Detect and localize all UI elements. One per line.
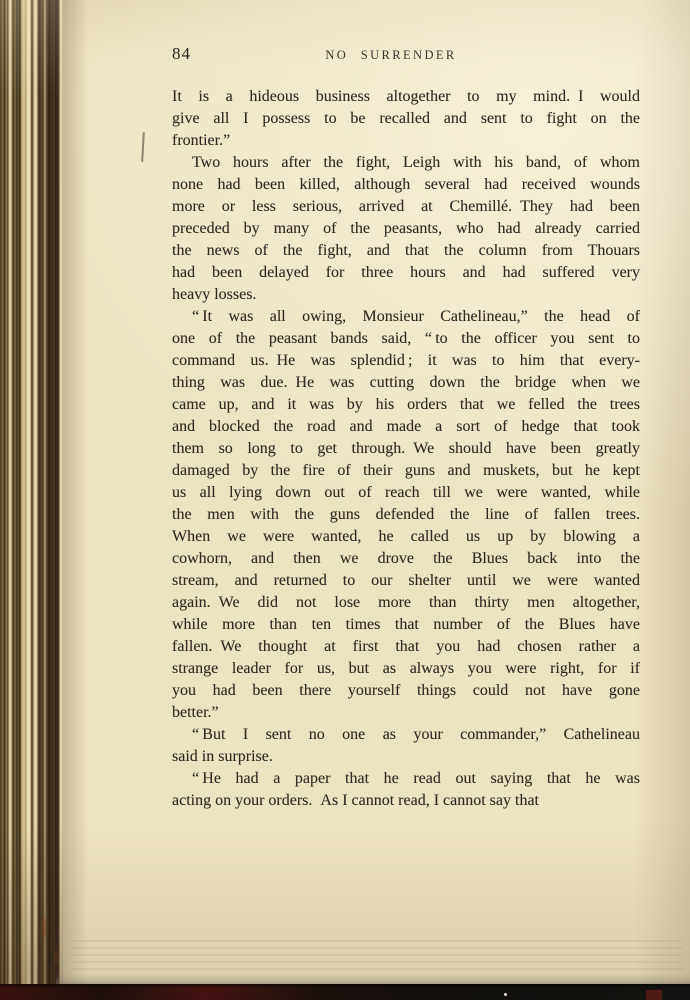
paragraph: It is a hideous business altogether to m…: [172, 86, 640, 152]
book-scan: 84 NO SURRENDER It is a hideous business…: [0, 0, 690, 1000]
gutter-shadow: [62, 0, 88, 986]
text-line: them so long to get through. We should h…: [172, 438, 640, 460]
book-cover-edge: [0, 984, 690, 1000]
text-line: none had been killed, although several h…: [172, 174, 640, 196]
text-line: damaged by the fire of their guns and mu…: [172, 460, 640, 482]
text-line: the news of the fight, and that the colu…: [172, 240, 640, 262]
page-content: 84 NO SURRENDER It is a hideous business…: [172, 44, 640, 812]
page-header: 84 NO SURRENDER: [172, 44, 640, 66]
paragraph: “ He had a paper that he read out saying…: [172, 768, 640, 812]
stacked-page-edges: [0, 0, 63, 986]
text-line: again. We did not lose more than thirty …: [172, 592, 640, 614]
text-line: It is a hideous business altogether to m…: [172, 86, 640, 108]
text-line: us all lying down out of reach till we w…: [172, 482, 640, 504]
text-line: “ But I sent no one as your commander,” …: [172, 724, 640, 746]
text-line: had been delayed for three hours and had…: [172, 262, 640, 284]
text-line: you had been there yourself things could…: [172, 680, 640, 702]
text-line: came up, and it was by his orders that w…: [172, 394, 640, 416]
text-line: fallen. We thought at first that you had…: [172, 636, 640, 658]
text-line: and blocked the road and made a sort of …: [172, 416, 640, 438]
text-line: “ He had a paper that he read out saying…: [172, 768, 640, 790]
paragraph: Two hours after the fight, Leigh with hi…: [172, 152, 640, 306]
text-line: one of the peasant bands said, “ to the …: [172, 328, 640, 350]
text-line: stream, and returned to our shelter unti…: [172, 570, 640, 592]
cover-speck: [504, 993, 507, 996]
text-line: said in surprise.: [172, 746, 640, 768]
text-line: more or less serious, arrived at Chemill…: [172, 196, 640, 218]
text-line: acting on your orders. As I cannot read,…: [172, 790, 640, 812]
running-title: NO SURRENDER: [172, 48, 610, 63]
text-line: the men with the guns defended the line …: [172, 504, 640, 526]
text-line: preceded by many of the peasants, who ha…: [172, 218, 640, 240]
text-line: When we were wanted, he called us up by …: [172, 526, 640, 548]
text-line: frontier.”: [172, 130, 640, 152]
text-line: Two hours after the fight, Leigh with hi…: [172, 152, 640, 174]
paragraph: “ It was all owing, Monsieur Cathelineau…: [172, 306, 640, 724]
page-text: It is a hideous business altogether to m…: [172, 86, 640, 812]
text-line: command us. He was splendid ; it was to …: [172, 350, 640, 372]
text-line: give all I possess to be recalled and se…: [172, 108, 640, 130]
text-line: cowhorn, and then we drove the Blues bac…: [172, 548, 640, 570]
bottom-page-edge-streaks: [72, 940, 682, 974]
text-line: heavy losses.: [172, 284, 640, 306]
text-line: “ It was all owing, Monsieur Cathelineau…: [172, 306, 640, 328]
text-line: better.”: [172, 702, 640, 724]
cover-maroon-patch: [646, 990, 662, 1000]
text-line: while more than ten times that number of…: [172, 614, 640, 636]
paragraph: “ But I sent no one as your commander,” …: [172, 724, 640, 768]
text-line: thing was due. He was cutting down the b…: [172, 372, 640, 394]
text-line: strange leader for us, but as always you…: [172, 658, 640, 680]
